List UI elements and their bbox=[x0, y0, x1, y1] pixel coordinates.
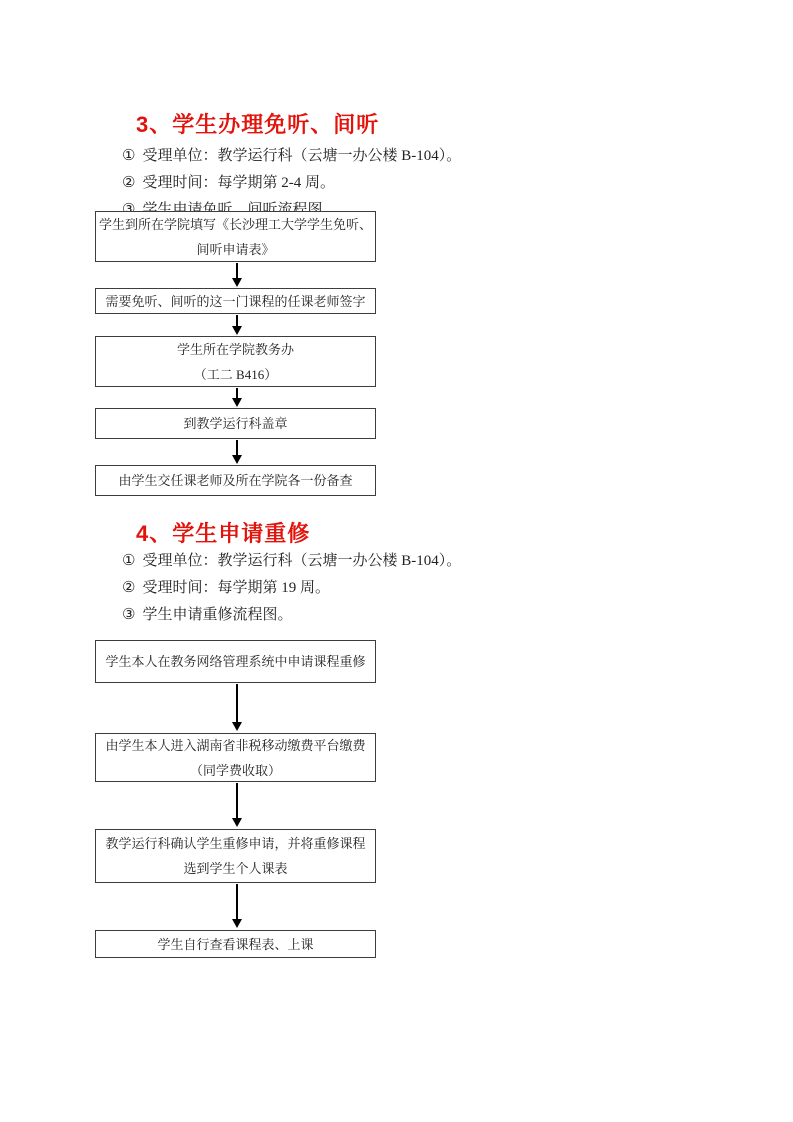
section-3-item-1: ① 受理单位：教学运行科（云塘一办公楼 B-104）。 bbox=[122, 146, 461, 168]
flow-arrow-icon bbox=[229, 440, 245, 464]
item-marker: ② bbox=[122, 578, 135, 600]
arrow-shaft bbox=[236, 783, 238, 818]
flow-arrow-icon bbox=[229, 315, 245, 335]
document-page: 3、学生办理免听、间听 ① 受理单位：教学运行科（云塘一办公楼 B-104）。 … bbox=[0, 0, 793, 1122]
flow-arrow-icon bbox=[229, 684, 245, 731]
flow-box-line: 学生自行查看课程表、上课 bbox=[157, 932, 313, 957]
flow-box: 到教学运行科盖章 bbox=[95, 408, 376, 439]
item-text: 受理时间：每学期第 2-4 周。 bbox=[142, 173, 335, 195]
arrow-shaft bbox=[236, 440, 238, 455]
arrow-head bbox=[232, 278, 242, 287]
flow-box-line: （同学费收取） bbox=[190, 758, 281, 783]
section-4-item-3: ③ 学生申请重修流程图。 bbox=[122, 605, 292, 627]
flow-box-line: 选到学生个人课表 bbox=[183, 856, 287, 881]
arrow-shaft bbox=[236, 315, 238, 326]
arrow-head bbox=[232, 398, 242, 407]
flow-box-line: 教学运行科确认学生重修申请，并将重修课程 bbox=[105, 831, 365, 856]
flow-box-line: 学生本人在教务网络管理系统中申请课程重修 bbox=[105, 649, 365, 674]
flow-box-line: 到教学运行科盖章 bbox=[183, 411, 287, 436]
arrow-shaft bbox=[236, 884, 238, 919]
item-marker: ① bbox=[122, 146, 135, 168]
arrow-shaft bbox=[236, 388, 238, 398]
arrow-head bbox=[232, 818, 242, 827]
item-text: 受理单位：教学运行科（云塘一办公楼 B-104）。 bbox=[142, 551, 461, 573]
flow-box: 学生到所在学院填写《长沙理工大学学生免听、 间听申请表》 bbox=[95, 211, 376, 262]
flow-arrow-icon bbox=[229, 388, 245, 407]
arrow-shaft bbox=[236, 263, 238, 278]
flow-box: 学生自行查看课程表、上课 bbox=[95, 930, 376, 958]
item-marker: ① bbox=[122, 551, 135, 573]
flow-box: 由学生交任课老师及所在学院各一份备查 bbox=[95, 465, 376, 496]
flow-box-line: 间听申请表》 bbox=[196, 237, 274, 262]
flow-box-line: 由学生交任课老师及所在学院各一份备查 bbox=[118, 468, 352, 493]
flow-box-line: 需要免听、间听的这一门课程的任课老师签字 bbox=[105, 289, 365, 314]
section-4-item-1: ① 受理单位：教学运行科（云塘一办公楼 B-104）。 bbox=[122, 551, 461, 573]
arrow-head bbox=[232, 919, 242, 928]
flow-box: 需要免听、间听的这一门课程的任课老师签字 bbox=[95, 288, 376, 314]
item-text: 受理时间：每学期第 19 周。 bbox=[142, 578, 330, 600]
section-4-heading: 4、学生申请重修 bbox=[136, 520, 310, 548]
section-4-item-2: ② 受理时间：每学期第 19 周。 bbox=[122, 578, 330, 600]
flow-box: 教学运行科确认学生重修申请，并将重修课程 选到学生个人课表 bbox=[95, 829, 376, 883]
flow-box: 由学生本人进入湖南省非税移动缴费平台缴费 （同学费收取） bbox=[95, 733, 376, 782]
section-3-heading: 3、学生办理免听、间听 bbox=[136, 111, 379, 139]
item-marker: ③ bbox=[122, 605, 135, 627]
flow-box-line: 学生到所在学院填写《长沙理工大学学生免听、 bbox=[99, 212, 372, 237]
item-marker: ② bbox=[122, 173, 135, 195]
flow-box-line: 由学生本人进入湖南省非税移动缴费平台缴费 bbox=[105, 733, 365, 758]
item-text: 学生申请重修流程图。 bbox=[142, 605, 292, 627]
arrow-head bbox=[232, 326, 242, 335]
flow-arrow-icon bbox=[229, 263, 245, 287]
arrow-head bbox=[232, 455, 242, 464]
item-text: 受理单位：教学运行科（云塘一办公楼 B-104）。 bbox=[142, 146, 461, 168]
section-3-item-2: ② 受理时间：每学期第 2-4 周。 bbox=[122, 173, 335, 195]
arrow-head bbox=[232, 722, 242, 731]
arrow-shaft bbox=[236, 684, 238, 722]
flow-arrow-icon bbox=[229, 783, 245, 827]
flow-box-line: 学生所在学院教务办 bbox=[177, 337, 294, 362]
flow-box: 学生本人在教务网络管理系统中申请课程重修 bbox=[95, 640, 376, 683]
flow-box: 学生所在学院教务办 （工二 B416） bbox=[95, 336, 376, 387]
flow-arrow-icon bbox=[229, 884, 245, 928]
flow-box-line: （工二 B416） bbox=[194, 362, 277, 387]
